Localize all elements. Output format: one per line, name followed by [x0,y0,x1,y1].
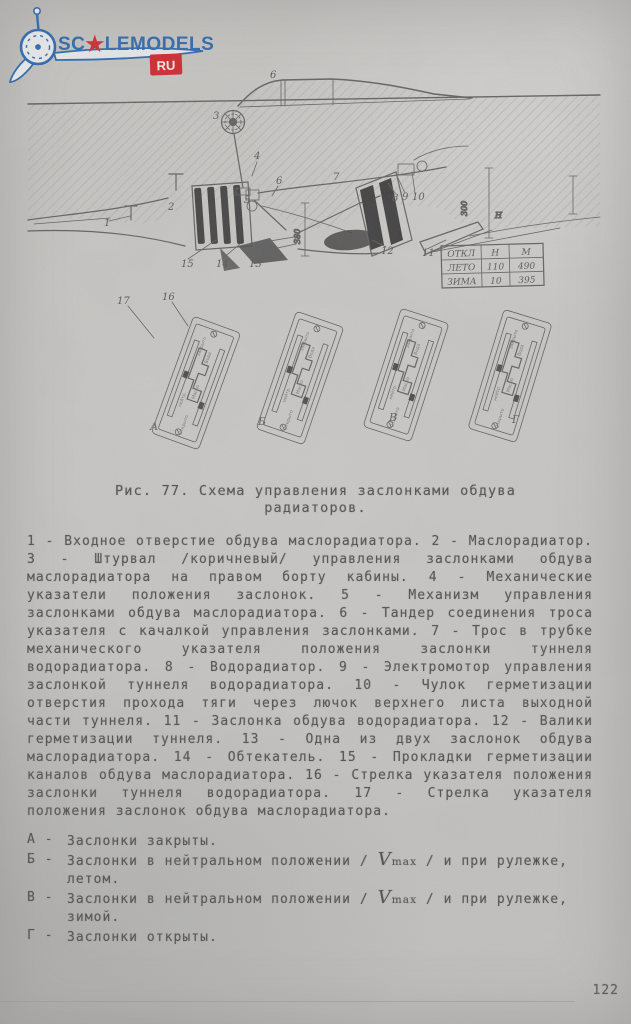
logo-wordmark: SC★LEMODELS [58,33,214,56]
position-text: Заслонки закрыты. [67,831,607,851]
table-cell: Н [490,248,499,258]
callout-5: 5 [244,195,250,206]
table-cell: 490 [517,262,536,272]
callout-2: 2 [167,202,174,213]
position-text: Заслонки открыты. [67,927,607,947]
ru-badge: RU [150,53,183,75]
position-key: В - [27,889,67,907]
vmax-symbol: V [378,849,392,870]
callout-10: 10 [412,192,425,203]
position-text: Заслонки в нейтральном положении / Vmax … [67,889,607,927]
position-text: Заслонки в нейтральном положении / Vmax … [67,851,607,889]
dimension-h: Н [494,211,503,220]
dimension-300: 300 [460,201,469,216]
vmax-sub: max [392,894,417,906]
table-cell: ОТКЛ [447,249,476,260]
position-row-v: В - Заслонки в нейтральном положении / V… [27,889,607,927]
table-cell: ЛЕТО [447,263,476,274]
position-pre: Заслонки закрыты. [67,834,218,849]
propeller-logo-art: SC★LEMODELS RU [6,2,216,86]
table-cell: 110 [487,262,505,272]
table-cell: 10 [490,276,502,286]
callout-6: 6 [276,176,283,187]
callout-13: 13 [249,259,262,270]
figure-caption-line2: радиаторов. [0,500,631,517]
callout-3: 3 [213,111,219,122]
vmax-sub: max [392,856,417,868]
table-cell: М [520,248,531,258]
scanned-page: SC★LEMODELS RU З [0,0,631,1024]
callout-4: 4 [253,151,260,162]
callout-6b: 6 [270,70,277,81]
figure-caption: Рис. 77. Схема управления заслонками обд… [0,483,631,517]
positions-list: А - Заслонки закрыты. Б - Заслонки в ней… [27,831,607,947]
page-number: 122 [593,983,619,998]
position-pre: Заслонки в нейтральном положении / [67,892,378,907]
callout-11: 11 [422,248,435,259]
figure-caption-line1: Рис. 77. Схема управления заслонками обд… [0,483,631,500]
callout-12: 12 [381,246,394,257]
position-pre: Заслонки в нейтральном положении / [67,854,378,869]
star-icon: ★ [85,33,104,56]
callout-7: 7 [333,172,340,183]
table-cell: 395 [518,276,536,286]
scalemodels-logo: SC★LEMODELS RU [6,2,216,86]
callout-16: 16 [162,292,175,303]
position-key: Г - [27,927,67,945]
bottom-rule [0,1001,575,1002]
vmax-symbol: V [378,887,392,908]
position-pre: Заслонки открыты. [67,930,218,945]
callout-17: 17 [117,296,130,307]
plate-label-v: В [388,411,397,424]
ru-badge-label: RU [156,58,175,74]
callout-1: 1 [104,218,110,229]
plate-label-b: Б [257,415,266,428]
dimension-380: 380 [293,229,302,244]
callout-8: 8 [392,193,398,204]
plate-label-g: Г [511,413,520,426]
plate-label-a: А [149,420,158,433]
callout-9: 9 [402,192,409,203]
indicator-plates: А Б В Г [149,308,552,450]
position-row-g: Г - Заслонки открыты. [27,927,607,947]
figure-77-drawing: Закрыто Вода Масло нейтр. Открыто [0,60,631,480]
position-key: А - [27,831,67,849]
deflection-table: ОТКЛ Н М ЛЕТО 110 490 ЗИМА 10 395 [441,243,544,288]
table-cell: ЗИМА [447,277,477,288]
position-row-a: А - Заслонки закрыты. [27,831,607,851]
position-key: Б - [27,851,67,869]
position-row-b: Б - Заслонки в нейтральном положении / V… [27,851,607,889]
callout-15: 15 [181,259,194,270]
legend-text: 1 - Входное отверстие обдува маслорадиат… [27,533,593,821]
callout-14: 14 [216,259,229,270]
